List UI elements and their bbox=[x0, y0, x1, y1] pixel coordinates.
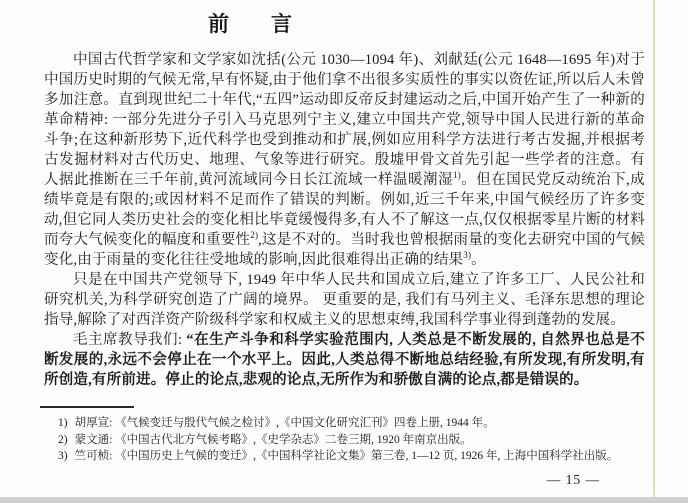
paragraph: 中国古代哲学家和文学家如沈括(公元 1030—1094 年)、刘献廷(公元 16… bbox=[44, 50, 645, 270]
page-number: — 15 — bbox=[547, 472, 600, 488]
scanned-book-page: 前 言 中国古代哲学家和文学家如沈括(公元 1030—1094 年)、刘献廷(公… bbox=[0, 0, 688, 503]
footnote-text: 蒙文通: 《中国古代北方气候考略》,《史学杂志》二卷三期, 1920 年南京出版… bbox=[75, 434, 472, 446]
footnote-ref: 2) bbox=[250, 230, 258, 240]
footnote-marker: 2) bbox=[58, 434, 68, 446]
footnote: 1)胡厚宣: 《气候变迁与殷代气候之检讨》,《中国文化研究汇刊》四卷上册, 19… bbox=[58, 415, 645, 432]
footnote-text: 胡厚宣: 《气候变迁与殷代气候之检讨》,《中国文化研究汇刊》四卷上册, 1944… bbox=[75, 417, 495, 429]
footnote-text: 竺可桢: 《中国历史上气候的变迁》,《中国科学社论文集》第三卷, 1—12 页,… bbox=[75, 450, 619, 462]
footnote: 2)蒙文通: 《中国古代北方气候考略》,《史学杂志》二卷三期, 1920 年南京… bbox=[58, 432, 645, 449]
body-paragraphs: 中国古代哲学家和文学家如沈括(公元 1030—1094 年)、刘献廷(公元 16… bbox=[44, 50, 645, 390]
page-title: 前 言 bbox=[208, 8, 292, 38]
footnote-ref: 1) bbox=[453, 170, 461, 180]
footnote-marker: 1) bbox=[58, 417, 68, 429]
paragraph: 只是在中国共产党领导下, 1949 年中华人民共和国成立后,建立了许多工厂、人民… bbox=[44, 270, 645, 330]
footnote-marker: 3) bbox=[58, 450, 68, 462]
footnotes-list: 1)胡厚宣: 《气候变迁与殷代气候之检讨》,《中国文化研究汇刊》四卷上册, 19… bbox=[58, 415, 645, 465]
footnote-ref: 3) bbox=[463, 250, 471, 260]
page-content: 前 言 中国古代哲学家和文学家如沈括(公元 1030—1094 年)、刘献廷(公… bbox=[0, 0, 688, 465]
paragraph: 毛主席教导我们: “在生产斗争和科学实验范围内, 人类总是不断发展的, 自然界也… bbox=[44, 330, 645, 390]
footnote-separator bbox=[40, 406, 134, 408]
page-edge-line bbox=[653, 0, 655, 503]
scan-bottom-edge bbox=[0, 497, 688, 503]
footnote: 3)竺可桢: 《中国历史上气候的变迁》,《中国科学社论文集》第三卷, 1—12 … bbox=[58, 448, 645, 465]
